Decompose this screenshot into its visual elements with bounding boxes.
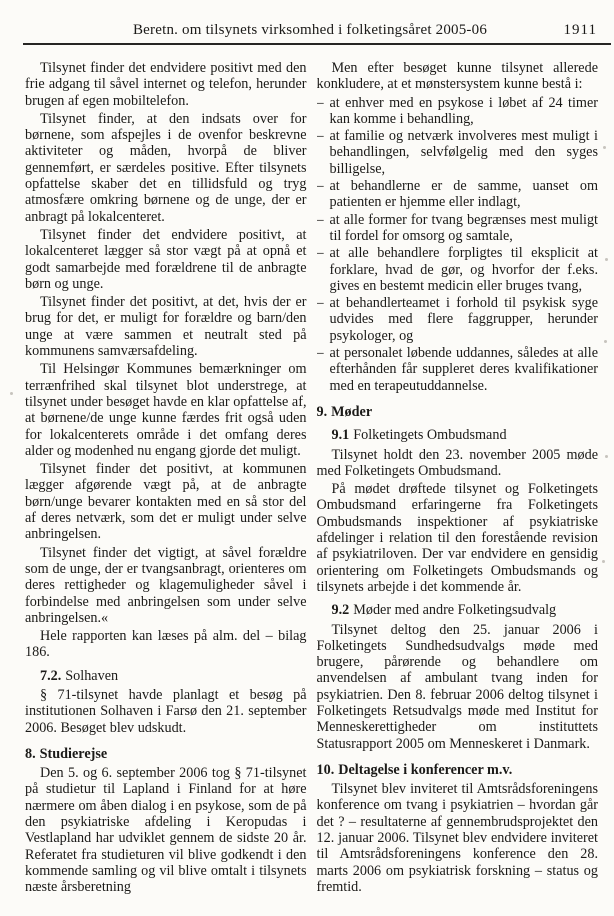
dash-marker: – bbox=[317, 345, 330, 394]
list-item: –at behandlerne er de samme, uanset om p… bbox=[317, 178, 599, 211]
sub-heading: 7.2.Solhaven bbox=[25, 668, 307, 684]
heading-number: 9.2 bbox=[332, 602, 350, 618]
heading-number: 9.1 bbox=[332, 427, 350, 443]
scan-speck bbox=[605, 455, 608, 458]
dash-marker: – bbox=[317, 212, 330, 245]
left-column: Tilsynet finder det endvidere positivt m… bbox=[25, 60, 307, 908]
heading-number: 9. bbox=[317, 404, 328, 420]
paragraph: Tilsynet holdt den 23. november 2005 mød… bbox=[317, 447, 599, 480]
heading-text: Solhaven bbox=[65, 668, 118, 684]
heading-text: Møder med andre Folketingsudvalg bbox=[353, 602, 556, 618]
paragraph: Men efter besøget kunne tilsynet allered… bbox=[317, 60, 599, 93]
paragraph: Tilsynet finder det positivt, at kommune… bbox=[25, 461, 307, 542]
dash-marker: – bbox=[317, 245, 330, 294]
list-item-text: at behandlerteamet i forhold til psykisk… bbox=[330, 295, 599, 344]
dash-marker: – bbox=[317, 178, 330, 211]
dash-marker: – bbox=[317, 95, 330, 128]
header-title: Beretn. om tilsynets virksomhed i folket… bbox=[23, 22, 597, 39]
list-item-text: at alle behandlere forpligtes til ekspli… bbox=[330, 245, 599, 294]
running-header: Beretn. om tilsynets virksomhed i folket… bbox=[23, 22, 597, 40]
section-heading: 9.Møder bbox=[317, 404, 599, 420]
list-item-text: at familie og netværk involveres mest mu… bbox=[330, 128, 599, 177]
heading-number: 10. bbox=[317, 762, 335, 778]
dash-list: –at enhver med en psykose i løbet af 24 … bbox=[317, 95, 599, 394]
paragraph: Tilsynet finder det endvidere positivt m… bbox=[25, 60, 307, 109]
document-page: Beretn. om tilsynets virksomhed i folket… bbox=[0, 0, 614, 916]
scan-speck bbox=[604, 340, 607, 343]
list-item: –at alle behandlere forpligtes til ekspl… bbox=[317, 245, 599, 294]
paragraph: Den 5. og 6. september 2006 tog § 71-til… bbox=[25, 765, 307, 895]
paragraph: Tilsynet finder, at den indsats over for… bbox=[25, 111, 307, 225]
list-item: –at alle former for tvang begrænses mest… bbox=[317, 212, 599, 245]
dash-marker: – bbox=[317, 128, 330, 177]
list-item-text: at behandlerne er de samme, uanset om pa… bbox=[330, 178, 599, 211]
section-heading: 10.Deltagelse i konferencer m.v. bbox=[317, 762, 599, 778]
scan-speck bbox=[602, 560, 605, 563]
list-item-text: at personalet løbende uddannes, således … bbox=[330, 345, 599, 394]
sub-heading: 9.1Folketingets Ombudsmand bbox=[317, 427, 599, 443]
scan-speck bbox=[603, 146, 606, 149]
paragraph: På mødet drøftede tilsynet og Folketinge… bbox=[317, 481, 599, 595]
paragraph: Hele rapporten kan læses på alm. del – b… bbox=[25, 628, 307, 661]
scan-speck bbox=[605, 258, 608, 261]
heading-text: Folketingets Ombudsmand bbox=[353, 427, 506, 443]
list-item: –at enhver med en psykose i løbet af 24 … bbox=[317, 95, 599, 128]
paragraph: Tilsynet finder det positivt, at det, hv… bbox=[25, 294, 307, 359]
list-item: –at personalet løbende uddannes, således… bbox=[317, 345, 599, 394]
paragraph: Tilsynet finder det endvidere positivt, … bbox=[25, 227, 307, 292]
heading-number: 8. bbox=[25, 746, 36, 762]
sub-heading: 9.2Møder med andre Folketingsudvalg bbox=[317, 602, 599, 618]
paragraph: § 71-tilsynet havde planlagt et besøg på… bbox=[25, 687, 307, 736]
right-column: Men efter besøget kunne tilsynet allered… bbox=[317, 60, 599, 908]
list-item: –at behandlerteamet i forhold til psykis… bbox=[317, 295, 599, 344]
list-item: –at familie og netværk involveres mest m… bbox=[317, 128, 599, 177]
paragraph: Tilsynet blev inviteret til Amtsrådsfore… bbox=[317, 781, 599, 895]
heading-text: Studierejse bbox=[40, 746, 108, 762]
heading-text: Møder bbox=[331, 404, 372, 420]
heading-number: 7.2. bbox=[40, 668, 61, 684]
page-number: 1911 bbox=[564, 22, 597, 39]
paragraph: Tilsynet finder det vigtigt, at såvel fo… bbox=[25, 545, 307, 626]
header-rule bbox=[23, 43, 611, 45]
list-item-text: at enhver med en psykose i løbet af 24 t… bbox=[330, 95, 599, 128]
scan-speck bbox=[10, 392, 13, 395]
list-item-text: at alle former for tvang begrænses mest … bbox=[330, 212, 599, 245]
dash-marker: – bbox=[317, 295, 330, 344]
text-columns: Tilsynet finder det endvidere positivt m… bbox=[25, 60, 598, 908]
paragraph: Til Helsingør Kommunes bemærkninger om t… bbox=[25, 361, 307, 459]
section-heading: 8.Studierejse bbox=[25, 746, 307, 762]
paragraph: Tilsynet deltog den 25. januar 2006 i Fo… bbox=[317, 622, 599, 752]
heading-text: Deltagelse i konferencer m.v. bbox=[338, 762, 512, 778]
